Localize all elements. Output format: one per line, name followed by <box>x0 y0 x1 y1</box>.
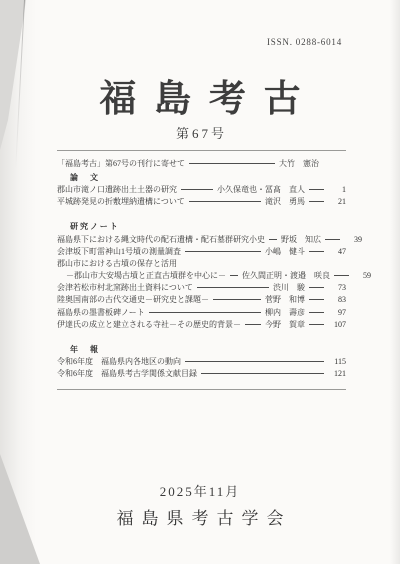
leader-line <box>189 201 261 202</box>
toc-entry-subtitle-line: －郡山市大安場古墳と正直古墳群を中心に－ 佐久間正明・渡邉 咲良 59 <box>57 270 346 282</box>
entry-title: 令和6年度 福島県考古学関係文献目録 <box>57 368 197 379</box>
entry-page: 73 <box>328 283 346 292</box>
issue-number: 第67号 <box>0 123 400 142</box>
publication-date: 2025年11月 <box>0 481 400 500</box>
toc-entry-preface: 「福島考古」第67号の刊行に寄せて 大竹 憲治 <box>57 157 346 169</box>
issn-number: ISSN. 0288-6014 <box>267 37 342 47</box>
paper: ISSN. 0288-6014 福島考古 第67号 「福島考古」第67号の刊行に… <box>0 0 400 564</box>
entry-title: 陸奥国南部の古代交通史－研究史と課題－ <box>57 294 209 305</box>
leader-line <box>230 275 238 276</box>
entry-title: 会津若松市村北窯跡出土資料について <box>57 282 193 293</box>
leader-line <box>149 312 261 313</box>
toc-entry: 福島県の墨書板碑ノート 柳内 壽彦 97 <box>57 306 346 318</box>
entry-page: 107 <box>328 320 346 329</box>
entry-page: 21 <box>328 197 346 206</box>
leader-line <box>213 299 261 300</box>
entry-author: 菅野 和博 <box>265 294 305 305</box>
scanned-page: ISSN. 0288-6014 福島考古 第67号 「福島考古」第67号の刊行に… <box>0 0 400 564</box>
table-of-contents: 「福島考古」第67号の刊行に寄せて 大竹 憲治 論 文 郡山市滝ノ口遺跡出土土器… <box>57 157 346 390</box>
entry-author: 野坂 知広 <box>281 234 321 245</box>
dash <box>309 251 324 252</box>
entry-author: 小久保竜也・冨髙 直人 <box>217 184 305 195</box>
leader-line <box>189 163 275 164</box>
entry-title: 郡山市滝ノ口遺跡出土土器の研究 <box>57 184 177 195</box>
divider-bottom <box>57 389 346 390</box>
entry-author: 滝沢 勇馬 <box>265 196 305 207</box>
entry-page: 115 <box>328 357 346 366</box>
leader-line <box>185 251 261 252</box>
entry-page: 97 <box>328 308 346 317</box>
section-heading-kenkyu-note: 研究ノート <box>57 221 346 233</box>
toc-entry: 伊達氏の成立と建立される寺社－その歴史的背景－ 今野 賀章 107 <box>57 318 346 330</box>
dash <box>309 324 324 325</box>
entry-author: 佐久間正明・渡邉 咲良 <box>242 270 330 281</box>
entry-title: 郡山市における古墳の保存と活用 <box>57 258 177 269</box>
entry-subtitle: －郡山市大安場古墳と正直古墳群を中心に－ <box>57 270 226 281</box>
dash <box>309 287 324 288</box>
publisher-name: 福島県考古学会 <box>0 504 400 529</box>
entry-title: 令和6年度 福島県内各地区の動向 <box>57 356 181 367</box>
dash <box>334 275 349 276</box>
leader-line <box>197 287 269 288</box>
toc-entry: 陸奥国南部の古代交通史－研究史と課題－ 菅野 和博 83 <box>57 294 346 306</box>
section-heading-nenpo: 年 報 <box>57 343 346 355</box>
entry-title: 福島県下における縄文時代の配石遺構・配石墓群研究小史 <box>57 234 265 245</box>
entry-title: 平城跡発見の折敷埋納遺構について <box>57 196 185 207</box>
entry-author: 柳内 壽彦 <box>265 307 305 318</box>
dash <box>309 189 324 190</box>
entry-title: 「福島考古」第67号の刊行に寄せて <box>57 158 185 169</box>
toc-entry: 令和6年度 福島県考古学関係文献目録 121 <box>57 368 346 380</box>
toc-entry: 福島県下における縄文時代の配石遺構・配石墓群研究小史 野坂 知広 39 <box>57 233 346 245</box>
toc-entry-title-line: 郡山市における古墳の保存と活用 <box>57 257 346 269</box>
toc-entry: 令和6年度 福島県内各地区の動向 115 <box>57 356 346 368</box>
entry-author: 渋川 駿 <box>273 282 305 293</box>
toc-entry: 平城跡発見の折敷埋納遺構について 滝沢 勇馬 21 <box>57 196 346 208</box>
toc-entry: 郡山市滝ノ口遺跡出土土器の研究 小久保竜也・冨髙 直人 1 <box>57 183 346 195</box>
journal-title: 福島考古 <box>0 68 400 122</box>
toc-entry: 会津坂下町雷神山1号墳の測量調査 小嶋 健斗 47 <box>57 245 346 257</box>
entry-author: 大竹 憲治 <box>279 158 319 169</box>
divider-top <box>57 150 346 151</box>
leader-line <box>245 324 261 325</box>
leader-line <box>185 361 324 362</box>
dash <box>309 312 324 313</box>
dash <box>309 201 324 202</box>
dash <box>325 239 340 240</box>
entry-page: 121 <box>328 369 346 378</box>
entry-page: 1 <box>328 185 346 194</box>
entry-page: 39 <box>344 235 362 244</box>
entry-title: 会津坂下町雷神山1号墳の測量調査 <box>57 246 181 257</box>
leader-line <box>181 189 213 190</box>
entry-page: 47 <box>328 247 346 256</box>
entry-title: 福島県の墨書板碑ノート <box>57 307 145 318</box>
toc-entry: 会津若松市村北窯跡出土資料について 渋川 駿 73 <box>57 282 346 294</box>
entry-page: 59 <box>353 271 371 280</box>
entry-author: 小嶋 健斗 <box>265 246 305 257</box>
dash <box>309 299 324 300</box>
leader-line <box>201 373 324 374</box>
leader-line <box>269 239 277 240</box>
section-heading-ronbun: 論 文 <box>57 171 346 183</box>
entry-page: 83 <box>328 295 346 304</box>
entry-title: 伊達氏の成立と建立される寺社－その歴史的背景－ <box>57 319 241 330</box>
entry-author: 今野 賀章 <box>265 319 305 330</box>
